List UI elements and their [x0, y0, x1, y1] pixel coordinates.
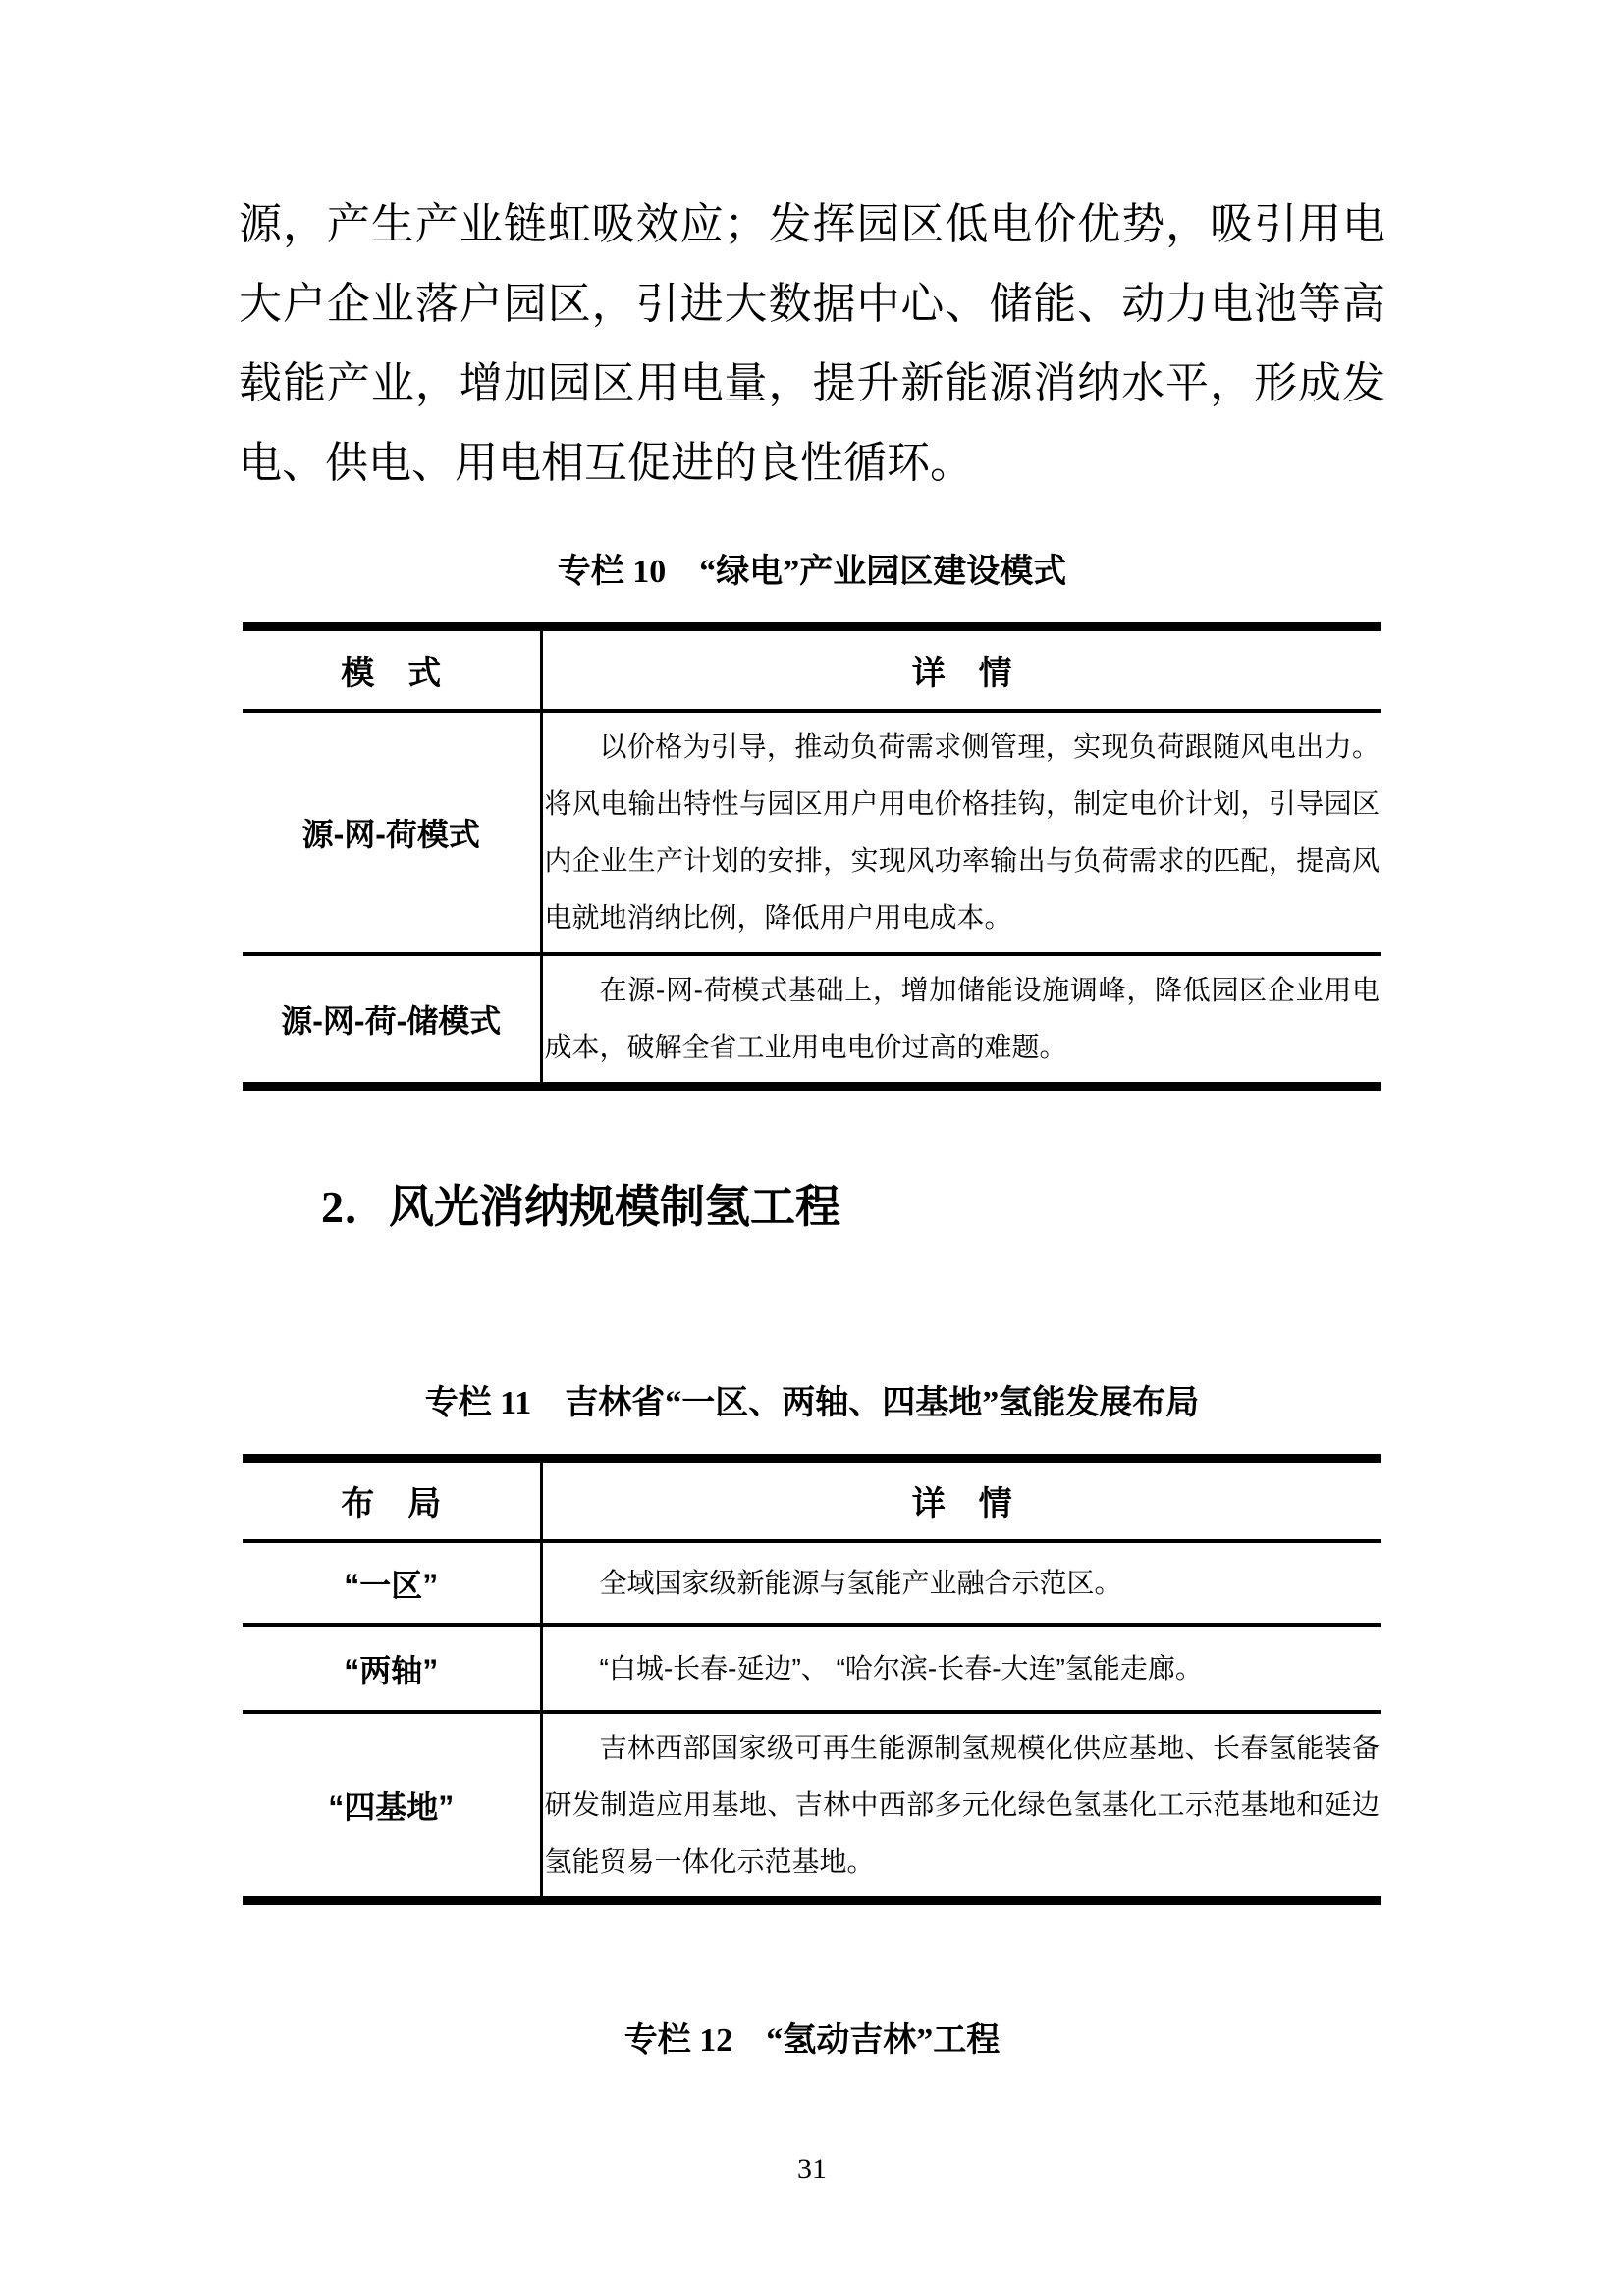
table10-green-power-park-modes: 模 式 详 情 源-网-荷模式 以价格为引导，推动负荷需求侧管理，实现负荷跟随风… — [243, 622, 1381, 1091]
table11-row0-detail: 全域国家级新能源与氢能产业融合示范区。 — [541, 1541, 1381, 1625]
table-row: “两轴” “白城-长春-延边”、 “哈尔滨-长春-大连”氢能走廊。 — [243, 1625, 1381, 1712]
table12-caption: 专栏 12 “氢动吉林”工程 — [239, 2018, 1385, 2063]
table10-header-detail: 详 情 — [541, 627, 1381, 711]
table11-row1-label: “两轴” — [243, 1625, 541, 1712]
table10-header-row: 模 式 详 情 — [243, 627, 1381, 711]
section-heading: 2．风光消纳规模制氢工程 — [239, 1177, 1385, 1238]
table-row: “一区” 全域国家级新能源与氢能产业融合示范区。 — [243, 1541, 1381, 1625]
table11-row0-label: “一区” — [243, 1541, 541, 1625]
table11-header-row: 布 局 详 情 — [243, 1458, 1381, 1541]
table11-header-detail: 详 情 — [541, 1458, 1381, 1541]
table10-row0-detail: 以价格为引导，推动负荷需求侧管理，实现负荷跟随风电出力。将风电输出特性与园区用户… — [541, 711, 1381, 954]
table11-row1-detail: “白城-长春-延边”、 “哈尔滨-长春-大连”氢能走廊。 — [541, 1625, 1381, 1712]
document-page: 源，产生产业链虹吸效应；发挥园区低电价优势，吸引用电大户企业落户园区，引进大数据… — [0, 0, 1624, 2296]
table10-row1-detail: 在源-网-荷模式基础上，增加储能设施调峰，降低园区企业用电成本，破解全省工业用电… — [541, 954, 1381, 1087]
table11-row2-label: “四基地” — [243, 1712, 541, 1901]
table11-header-layout: 布 局 — [243, 1458, 541, 1541]
table-row: 源-网-荷模式 以价格为引导，推动负荷需求侧管理，实现负荷跟随风电出力。将风电输… — [243, 711, 1381, 954]
table10-row0-label: 源-网-荷模式 — [243, 711, 541, 954]
table11-caption: 专栏 11 吉林省“一区、两轴、四基地”氢能发展布局 — [239, 1381, 1385, 1426]
table10-row1-label: 源-网-荷-储模式 — [243, 954, 541, 1087]
table-row: “四基地” 吉林西部国家级可再生能源制氢规模化供应基地、长春氢能装备研发制造应用… — [243, 1712, 1381, 1901]
page-content: 源，产生产业链虹吸效应；发挥园区低电价优势，吸引用电大户企业落户园区，引进大数据… — [239, 0, 1385, 2189]
table11-hydrogen-layout: 布 局 详 情 “一区” 全域国家级新能源与氢能产业融合示范区。 “两轴” “白… — [243, 1454, 1381, 1906]
table-row: 源-网-荷-储模式 在源-网-荷模式基础上，增加储能设施调峰，降低园区企业用电成… — [243, 954, 1381, 1087]
body-paragraph: 源，产生产业链虹吸效应；发挥园区低电价优势，吸引用电大户企业落户园区，引进大数据… — [239, 185, 1385, 503]
page-number: 31 — [239, 2150, 1385, 2189]
table11-row2-detail: 吉林西部国家级可再生能源制氢规模化供应基地、长春氢能装备研发制造应用基地、吉林中… — [541, 1712, 1381, 1901]
table10-header-mode: 模 式 — [243, 627, 541, 711]
table10-caption: 专栏 10 “绿电”产业园区建设模式 — [239, 550, 1385, 595]
